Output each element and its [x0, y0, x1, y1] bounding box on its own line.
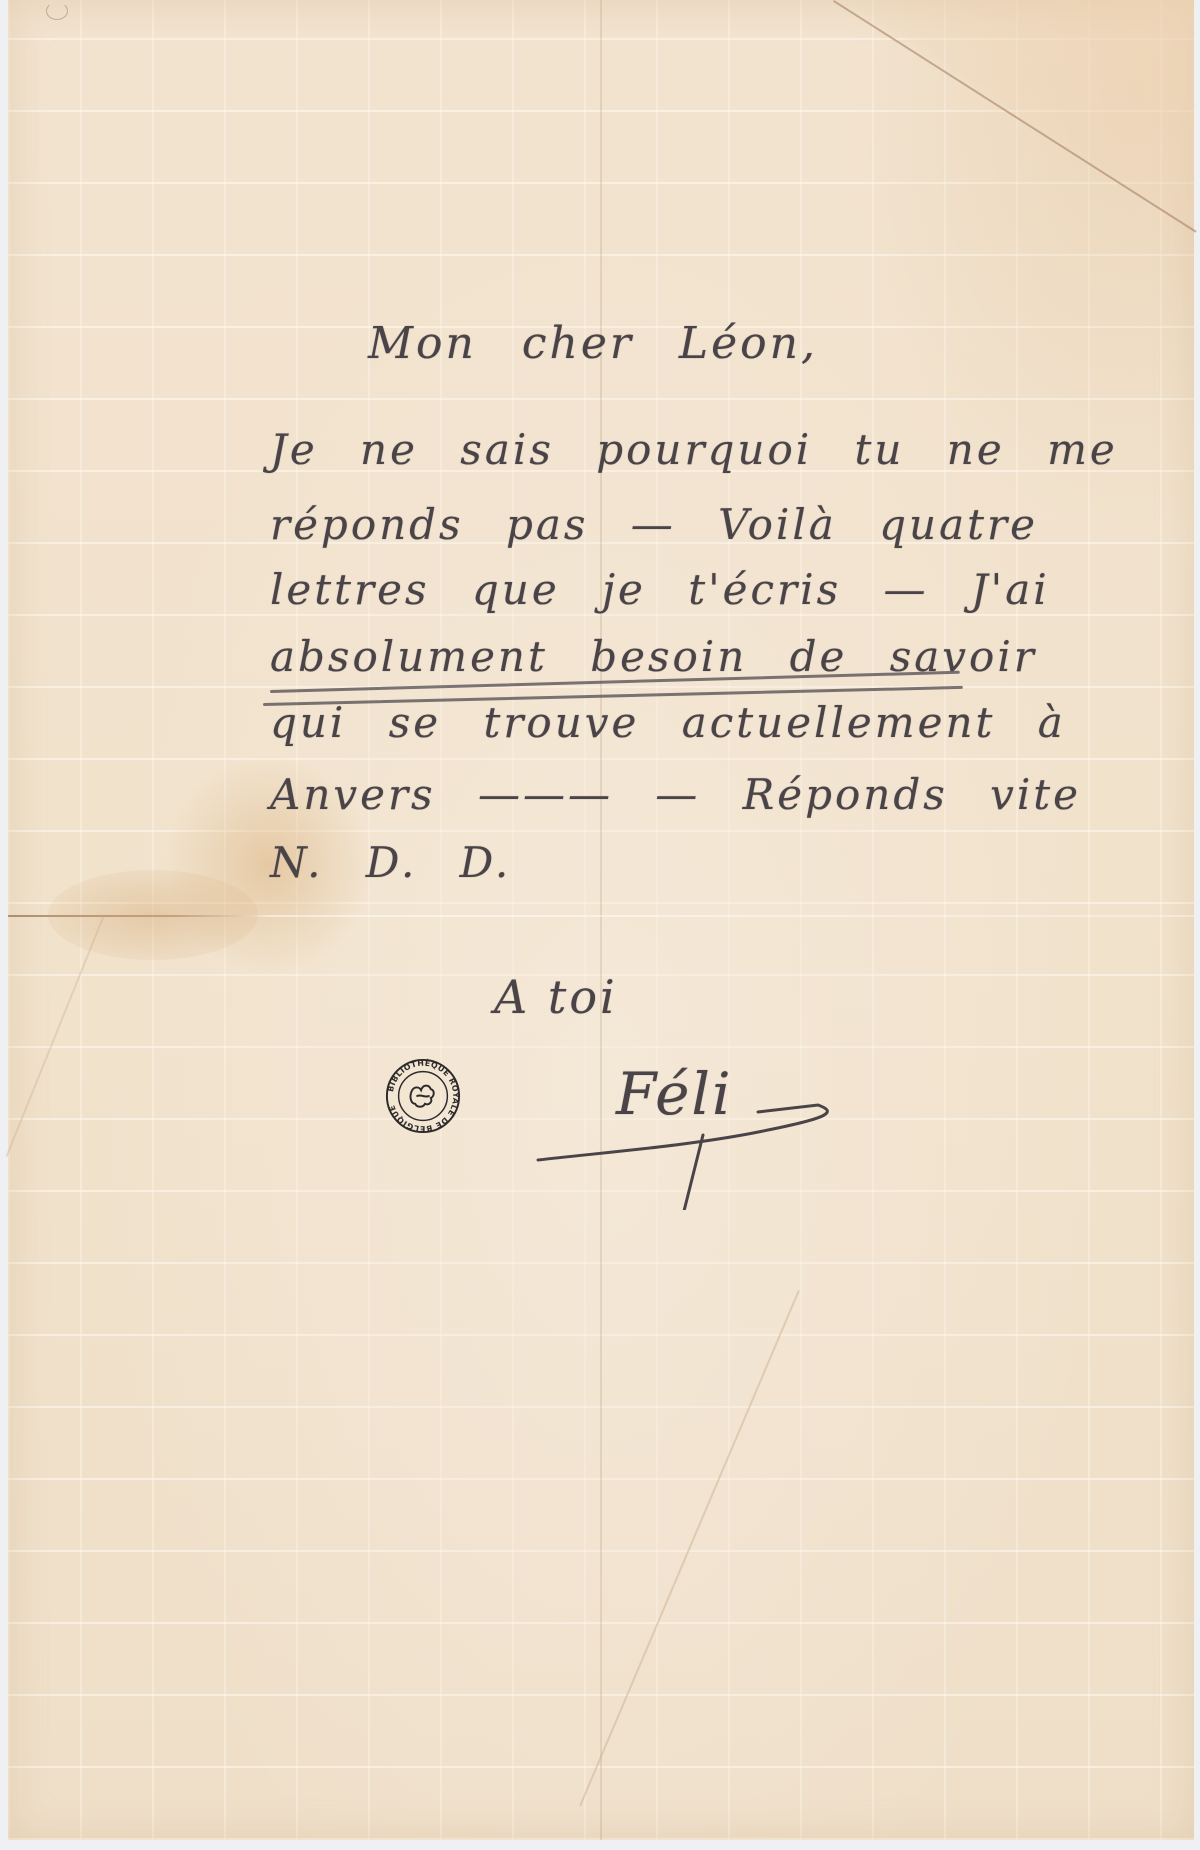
letter-line-2: réponds pas — Voilà quatre — [270, 500, 1038, 549]
corner-fold-crease — [834, 0, 1194, 230]
letter-sheet: Mon cher Léon, Je ne sais pourquoi tu ne… — [8, 0, 1194, 1840]
library-stamp: BIBLIOTHÈQUE ROYALE DE BELGIQUE — [384, 1057, 462, 1135]
letter-closing: A toi — [494, 970, 618, 1024]
letter-line-6: Anvers ——— — Réponds vite — [270, 770, 1081, 819]
vertical-fold-line — [600, 0, 602, 1840]
letter-line-7: N. D. D. — [270, 838, 511, 887]
foxing-stain — [48, 870, 258, 960]
signature-flourish — [528, 1090, 848, 1210]
lion-icon — [411, 1086, 434, 1107]
letter-salutation: Mon cher Léon, — [368, 318, 818, 369]
letter-line-1: Je ne sais pourquoi tu ne me — [270, 425, 1118, 474]
letter-line-5: qui se trouve actuellement à — [270, 698, 1066, 747]
diagonal-crease-left — [6, 915, 105, 1157]
letter-line-3: lettres que je t'écris — J'ai — [270, 565, 1050, 614]
diagonal-crease-bottom — [579, 1290, 800, 1806]
corner-pencil-mark — [46, 2, 68, 20]
